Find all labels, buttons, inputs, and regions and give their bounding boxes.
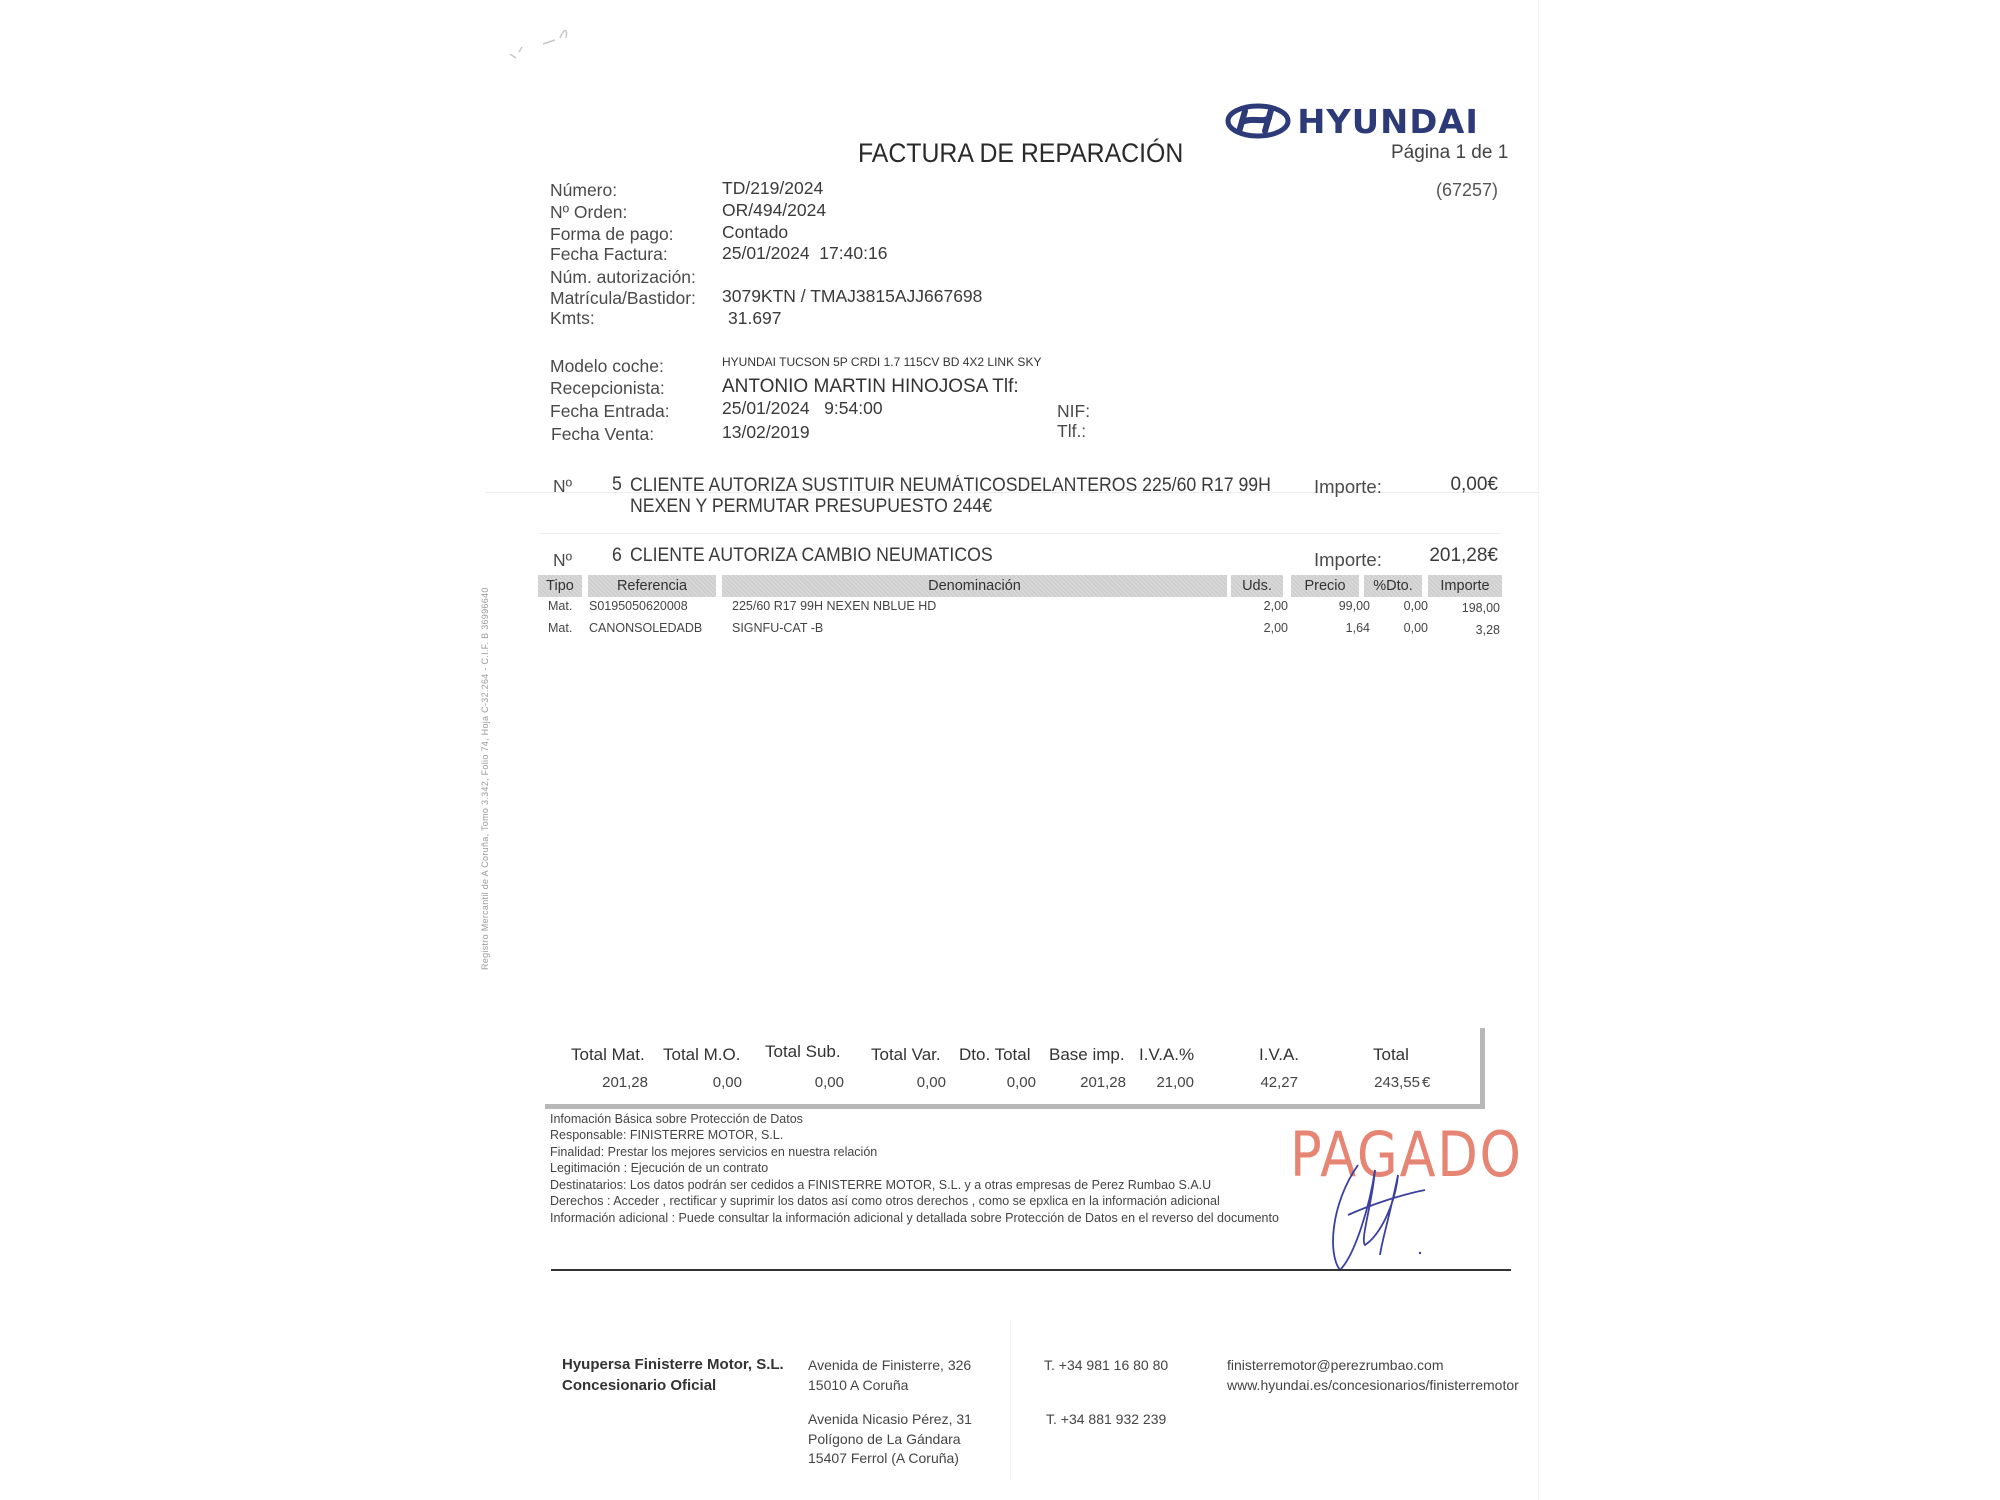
fecha-venta-value: 13/02/2019 bbox=[722, 422, 810, 443]
column-header-referencia: Referencia bbox=[588, 575, 716, 597]
column-header-tipo: Tipo bbox=[538, 575, 582, 597]
totals-box bbox=[545, 1028, 1485, 1109]
recepcionista-label: Recepcionista: bbox=[550, 378, 665, 399]
signature-line bbox=[551, 1269, 1511, 1271]
footer-company: Hyupersa Finisterre Motor, S.L. bbox=[562, 1356, 784, 1373]
footer-address2-line: 15407 Ferrol (A Coruña) bbox=[808, 1450, 959, 1466]
cell-denominacion: 225/60 R17 99H NEXEN NBLUE HD bbox=[732, 599, 936, 613]
column-header-precio: Precio bbox=[1291, 575, 1359, 597]
scan-mark bbox=[505, 22, 575, 62]
hyundai-logo: HYUNDAI bbox=[1225, 100, 1465, 140]
scan-edge bbox=[1538, 0, 1539, 1500]
item-description: CLIENTE AUTORIZA SUSTITUIR NEUMÁTICOSDEL… bbox=[630, 475, 1271, 497]
autorizacion-label: Núm. autorización: bbox=[550, 267, 696, 288]
cell-referencia: S0195050620008 bbox=[589, 599, 688, 613]
item-number: 5 bbox=[612, 474, 622, 496]
footer-address1-line: 15010 A Coruña bbox=[808, 1377, 908, 1393]
item-amount-label: Importe: bbox=[1314, 549, 1382, 571]
page-number: Página 1 de 1 bbox=[1391, 142, 1508, 164]
recepcionista-value: ANTONIO MARTIN HINOJOSA Tlf: bbox=[722, 376, 1019, 398]
cell-dto: 0,00 bbox=[1378, 599, 1428, 613]
privacy-line: Finalidad: Prestar los mejores servicios… bbox=[550, 1145, 877, 1159]
kmts-label: Kmts: bbox=[550, 308, 595, 329]
item-no-label: Nº bbox=[553, 550, 572, 571]
footer-subtitle: Concesionario Oficial bbox=[562, 1377, 716, 1394]
item-amount: 201,28€ bbox=[1378, 545, 1498, 567]
forma-pago-label: Forma de pago: bbox=[550, 224, 674, 245]
matricula-value: 3079KTN / TMAJ3815AJJ667698 bbox=[722, 286, 982, 307]
cell-tipo: Mat. bbox=[548, 599, 572, 613]
cell-uds: 2,00 bbox=[1238, 599, 1288, 613]
orden-label: Nº Orden: bbox=[550, 202, 627, 223]
column-header-importe: Importe bbox=[1428, 575, 1502, 597]
footer-email[interactable]: finisterremotor@perezrumbao.com bbox=[1227, 1357, 1444, 1373]
total-label: Total bbox=[1373, 1045, 1409, 1065]
numero-label: Número: bbox=[550, 180, 617, 201]
fecha-factura-label: Fecha Factura: bbox=[550, 244, 668, 265]
footer-address2-line: Avenida Nicasio Pérez, 31 bbox=[808, 1411, 972, 1427]
total-mo-value: 0,00 bbox=[650, 1074, 742, 1091]
footer-address2-line: Polígono de La Gándara bbox=[808, 1431, 961, 1447]
footer-website[interactable]: www.hyundai.es/concesionarios/finisterre… bbox=[1227, 1377, 1519, 1393]
forma-pago-value: Contado bbox=[722, 222, 788, 243]
total-var-value: 0,00 bbox=[850, 1074, 946, 1091]
cell-precio: 1,64 bbox=[1300, 621, 1370, 635]
hyundai-emblem-icon bbox=[1225, 103, 1291, 139]
total-mo-label: Total M.O. bbox=[663, 1045, 740, 1065]
footer-phone1: T. +34 981 16 80 80 bbox=[1044, 1357, 1168, 1373]
currency-symbol: € bbox=[1422, 1074, 1436, 1091]
column-header-dto: %Dto. bbox=[1364, 575, 1422, 597]
total-mat-value: 201,28 bbox=[570, 1074, 648, 1091]
cell-uds: 2,00 bbox=[1238, 621, 1288, 635]
reference-code: (67257) bbox=[1436, 180, 1498, 201]
item-number: 6 bbox=[612, 545, 622, 567]
privacy-line: Responsable: FINISTERRE MOTOR, S.L. bbox=[550, 1128, 783, 1142]
item-description-line2: NEXEN Y PERMUTAR PRESUPUESTO 244€ bbox=[630, 496, 992, 518]
numero-value: TD/219/2024 bbox=[722, 178, 823, 199]
iva-value: 42,27 bbox=[1220, 1074, 1298, 1091]
nif-label: NIF: bbox=[1057, 401, 1090, 422]
cell-importe: 3,28 bbox=[1430, 623, 1500, 637]
base-imp-value: 201,28 bbox=[1040, 1074, 1126, 1091]
privacy-line: Legitimación : Ejecución de un contrato bbox=[550, 1161, 768, 1175]
dto-total-value: 0,00 bbox=[950, 1074, 1036, 1091]
total-value: 243,55 bbox=[1340, 1074, 1420, 1091]
item-no-label: Nº bbox=[553, 476, 572, 497]
item-amount-label: Importe: bbox=[1314, 476, 1382, 498]
modelo-value: HYUNDAI TUCSON 5P CRDI 1.7 115CV BD 4X2 … bbox=[722, 355, 1041, 369]
total-mat-label: Total Mat. bbox=[571, 1045, 645, 1065]
privacy-line: Infomación Básica sobre Protección de Da… bbox=[550, 1112, 803, 1126]
cell-dto: 0,00 bbox=[1378, 621, 1428, 635]
iva-pct-label: I.V.A.% bbox=[1139, 1045, 1194, 1065]
item-description: CLIENTE AUTORIZA CAMBIO NEUMATICOS bbox=[630, 545, 993, 567]
cell-importe: 198,00 bbox=[1430, 601, 1500, 615]
iva-label: I.V.A. bbox=[1259, 1045, 1299, 1065]
kmts-value: 31.697 bbox=[728, 308, 782, 329]
registry-note: Registro Mercantil de A Coruña, Tomo 3.3… bbox=[480, 587, 490, 970]
cell-precio: 99,00 bbox=[1300, 599, 1370, 613]
footer-divider bbox=[1010, 1320, 1011, 1480]
item-amount: 0,00€ bbox=[1378, 474, 1498, 496]
matricula-label: Matrícula/Bastidor: bbox=[550, 288, 696, 309]
column-header-denominacion: Denominación bbox=[722, 575, 1227, 597]
privacy-line: Destinatarios: Los datos podrán ser cedi… bbox=[550, 1178, 1211, 1192]
dto-total-label: Dto. Total bbox=[959, 1045, 1031, 1065]
total-sub-label: Total Sub. bbox=[765, 1042, 841, 1062]
cell-denominacion: SIGNFU-CAT -B bbox=[732, 621, 823, 635]
column-header-uds: Uds. bbox=[1231, 575, 1283, 597]
fecha-factura-value: 25/01/2024 17:40:16 bbox=[722, 243, 887, 264]
iva-pct-value: 21,00 bbox=[1130, 1074, 1194, 1091]
signature bbox=[1320, 1145, 1440, 1275]
modelo-label: Modelo coche: bbox=[550, 356, 664, 377]
total-sub-value: 0,00 bbox=[750, 1074, 844, 1091]
privacy-line: Información adicional : Puede consultar … bbox=[550, 1211, 1279, 1225]
divider bbox=[540, 533, 1500, 534]
fecha-entrada-label: Fecha Entrada: bbox=[550, 401, 670, 422]
base-imp-label: Base imp. bbox=[1049, 1045, 1125, 1065]
page-title: FACTURA DE REPARACIÓN bbox=[858, 138, 1183, 169]
footer-phone2: T. +34 881 932 239 bbox=[1046, 1411, 1166, 1427]
footer-address1-line: Avenida de Finisterre, 326 bbox=[808, 1357, 971, 1373]
fecha-venta-label: Fecha Venta: bbox=[551, 424, 654, 445]
cell-referencia: CANONSOLEDADB bbox=[589, 621, 702, 635]
total-var-label: Total Var. bbox=[871, 1045, 941, 1065]
tlf-label: Tlf.: bbox=[1057, 421, 1086, 442]
cell-tipo: Mat. bbox=[548, 621, 572, 635]
orden-value: OR/494/2024 bbox=[722, 200, 826, 221]
brand-wordmark: HYUNDAI bbox=[1297, 102, 1479, 141]
fecha-entrada-value: 25/01/2024 9:54:00 bbox=[722, 398, 883, 419]
privacy-line: Derechos : Acceder , rectificar y suprim… bbox=[550, 1194, 1220, 1208]
